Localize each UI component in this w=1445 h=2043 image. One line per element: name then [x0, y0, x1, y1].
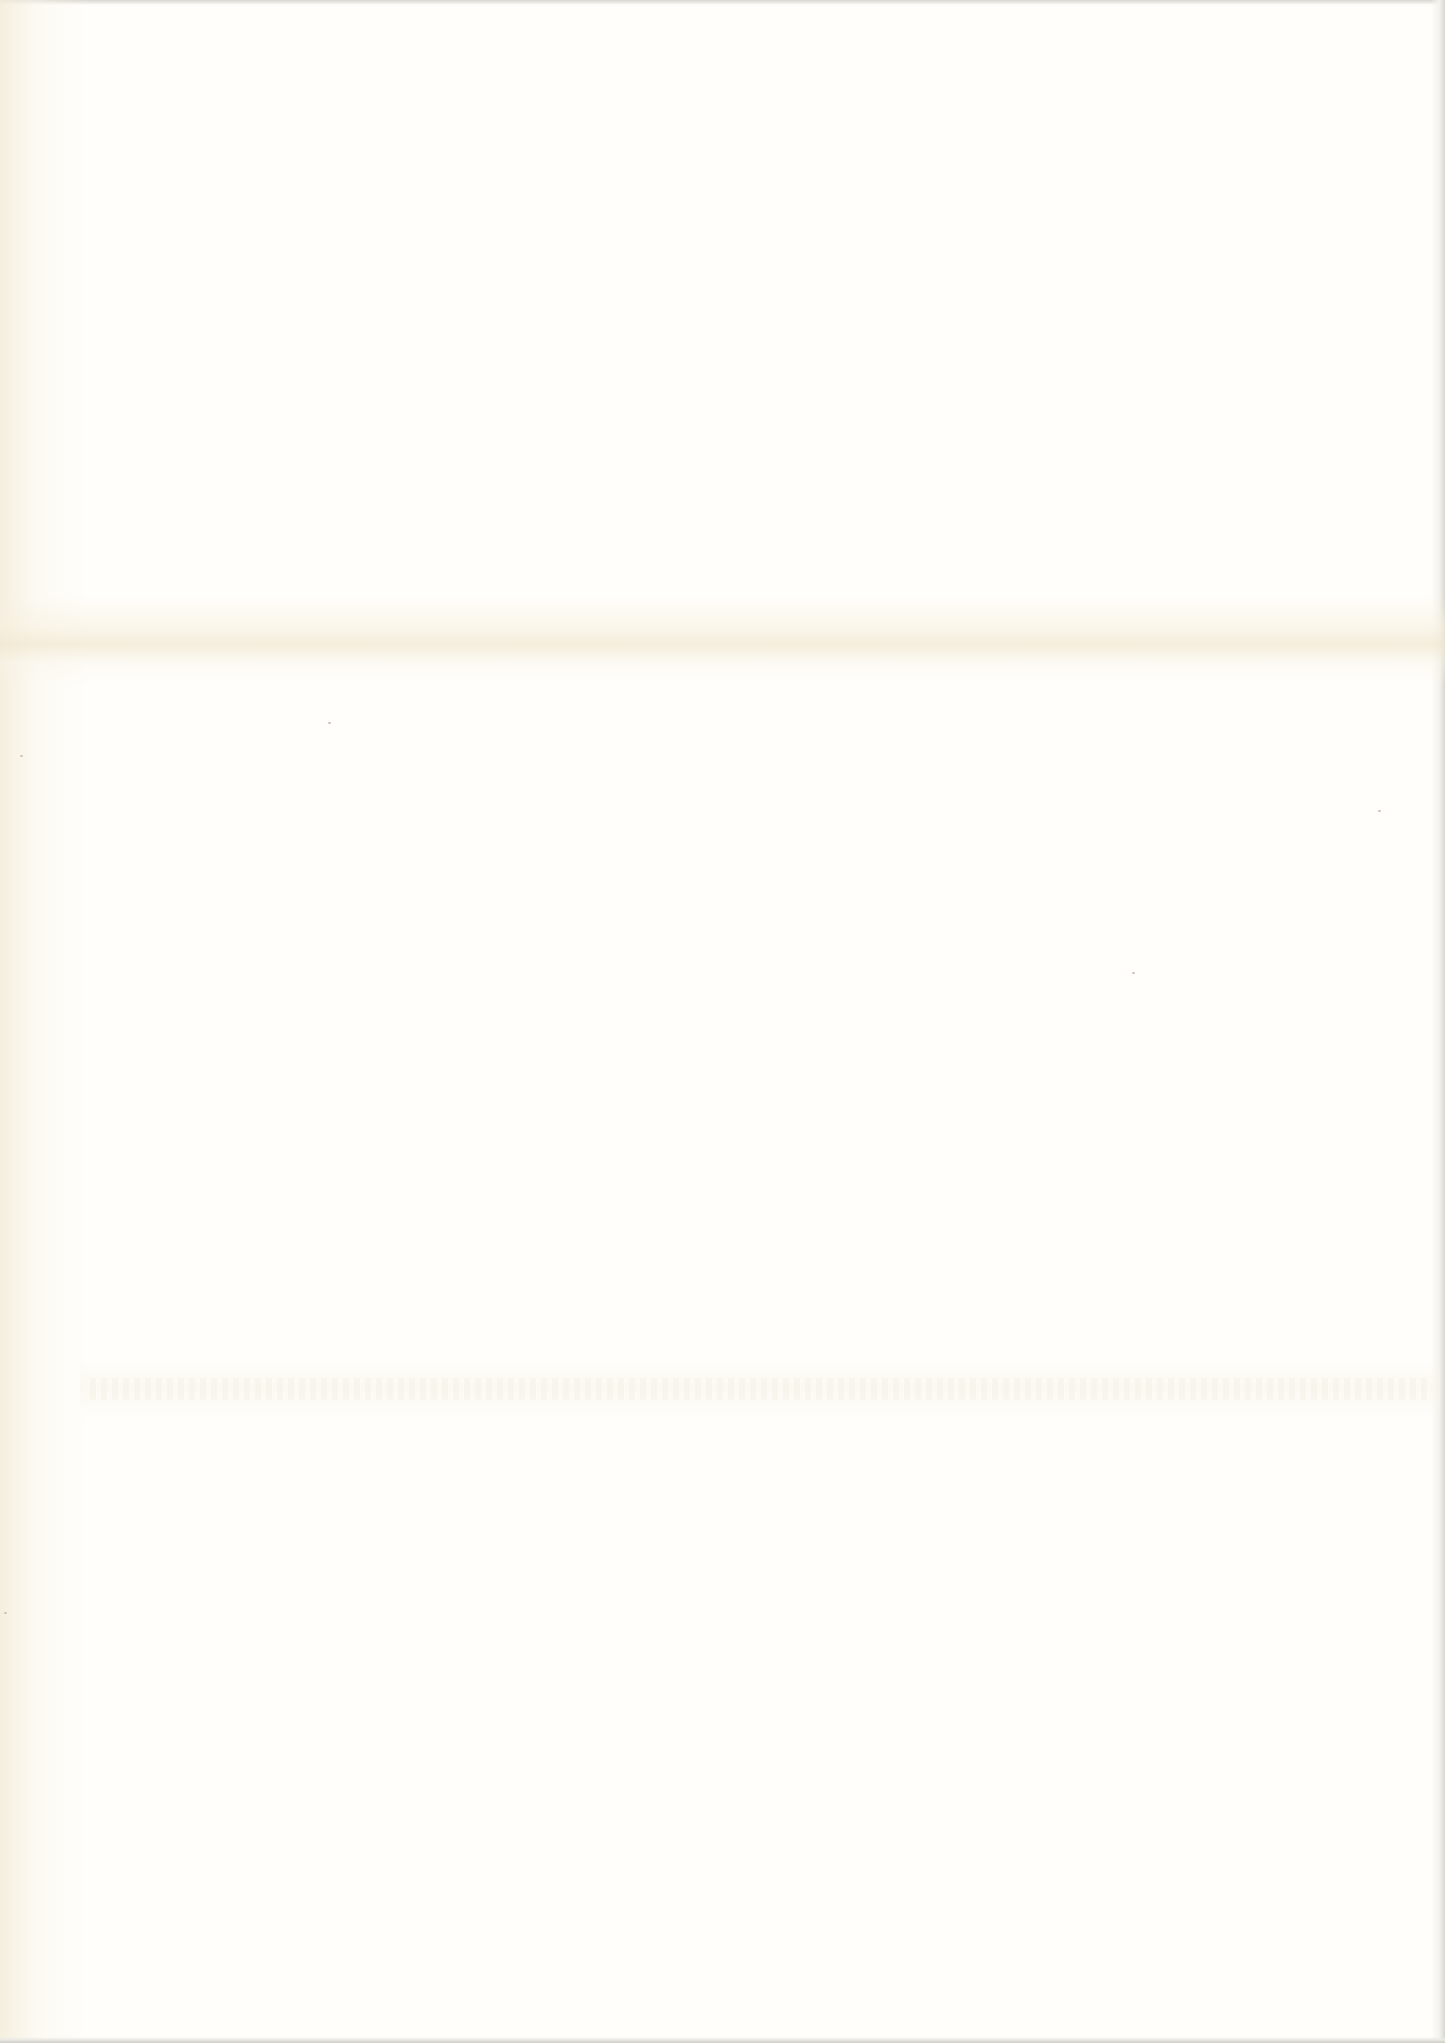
paper-speck — [20, 755, 23, 757]
paper-speck — [4, 1612, 7, 1614]
paper-fold-crease-upper — [0, 595, 1445, 685]
page-right-edge — [1431, 0, 1445, 2043]
paper-speck — [328, 722, 331, 724]
paper-speck — [1132, 972, 1135, 974]
page-left-edge-tint — [0, 0, 90, 2043]
reverse-side-bleed-through — [90, 1378, 1430, 1400]
page-top-edge — [0, 0, 1445, 5]
paper-speck — [1378, 810, 1381, 812]
blank-scanned-page — [0, 0, 1445, 2043]
page-bottom-edge — [0, 2037, 1445, 2043]
